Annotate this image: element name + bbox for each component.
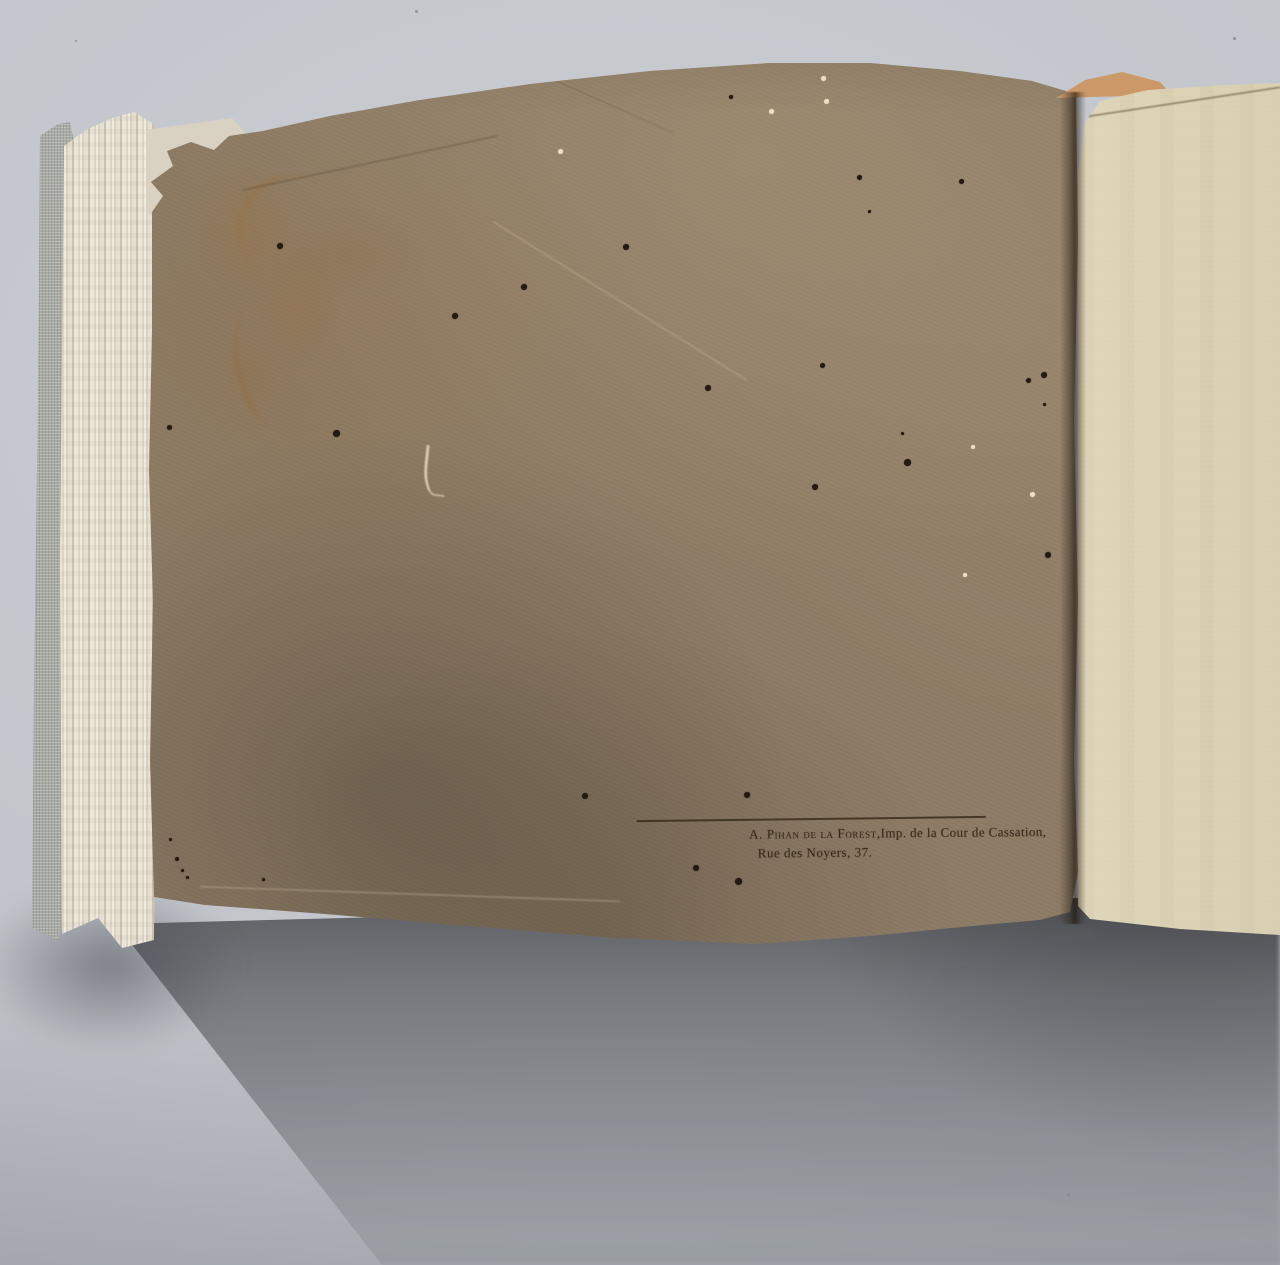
dark-speck	[735, 878, 742, 885]
light-speck	[769, 109, 774, 114]
dark-speck	[812, 484, 818, 490]
dark-speck	[277, 243, 283, 249]
surface-speck	[1067, 1193, 1070, 1196]
light-speck	[963, 573, 967, 577]
dark-speck	[868, 210, 871, 213]
dark-speck	[175, 857, 179, 861]
gutter-shadow	[1060, 92, 1086, 924]
light-speck	[558, 149, 563, 154]
dark-speck	[333, 430, 340, 437]
surface-speck	[75, 40, 77, 42]
dark-speck	[582, 793, 588, 799]
dark-speck	[1043, 403, 1046, 406]
dark-speck	[904, 459, 911, 466]
dark-speck	[521, 284, 527, 290]
dark-speck	[167, 425, 172, 430]
dark-speck	[705, 385, 711, 391]
light-speck	[824, 99, 829, 104]
dark-speck	[1041, 372, 1047, 378]
dark-speck	[693, 865, 699, 871]
light-speck	[821, 76, 826, 81]
surface-speck	[415, 10, 418, 13]
dark-speck	[186, 876, 189, 879]
dark-speck	[820, 363, 825, 368]
photo-open-book: A. Pihan de la Forest, Imp. de la Cour d…	[0, 0, 1280, 1265]
dark-speck	[181, 869, 184, 872]
dark-speck	[1045, 552, 1051, 558]
dark-speck	[452, 313, 458, 319]
light-speck	[1030, 492, 1035, 497]
surface-speck	[1233, 37, 1236, 40]
dark-speck	[857, 175, 862, 180]
dark-speck	[623, 244, 629, 250]
dark-speck	[744, 792, 750, 798]
light-speck	[971, 445, 975, 449]
dark-speck	[262, 878, 265, 881]
dark-speck	[729, 95, 733, 99]
dark-speck	[901, 432, 904, 435]
dark-speck	[959, 179, 964, 184]
dark-speck	[1026, 378, 1031, 383]
dark-speck	[169, 838, 172, 841]
